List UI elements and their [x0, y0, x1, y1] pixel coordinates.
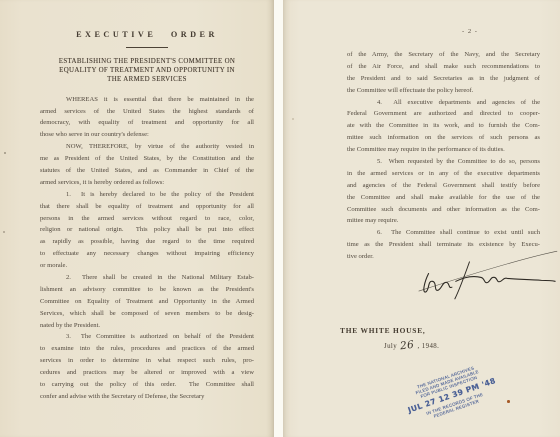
paper-speck [3, 231, 5, 233]
text-line: me as President of the United States, by… [40, 153, 254, 165]
text-line: services in order to determine in what r… [40, 355, 254, 367]
page-number: - 2 - [442, 28, 498, 36]
text-line: 1. It is hereby declared to be the polic… [40, 189, 254, 201]
text-line: ESTABLISHING THE PRESIDENT'S COMMITTEE O… [40, 57, 254, 66]
text-line: NOW, THEREFORE, by virtue of the authori… [40, 141, 254, 153]
text-line: of the Air Force, and shall make such re… [347, 61, 540, 73]
text-line: 3. The Committee is authorized on behalf… [40, 331, 254, 343]
text-line: those who serve in our country's defense… [40, 129, 254, 141]
paragraph: NOW, THEREFORE, by virtue of the authori… [40, 141, 254, 189]
text-line: Committee such documents and other infor… [347, 204, 540, 216]
text-line: THE ARMED SERVICES [40, 75, 254, 84]
paragraph: 1. It is hereby declared to be the polic… [40, 189, 254, 272]
text-line: or morale. [40, 260, 254, 272]
text-line: 6. The Committee shall continue to exist… [347, 227, 540, 239]
text-line: armed services, it is hereby ordered as … [40, 177, 254, 189]
paragraph: of the Army, the Secretary of the Navy, … [347, 49, 540, 97]
text-line: and agencies of the Federal Government s… [347, 180, 540, 192]
text-line: 2. There shall be created in the Nationa… [40, 272, 254, 284]
text-line: 4. All executive departments and agencie… [347, 97, 540, 109]
text-line: WHEREAS it is essential that there be ma… [40, 94, 254, 106]
page-2: - 2 - of the Army, the Secretary of the … [283, 0, 560, 437]
text-line: the Committee and shall make available f… [347, 192, 540, 204]
date-line: July 26 , 1948. [384, 339, 439, 351]
text-line: religion or national origin. This policy… [40, 224, 254, 236]
text-line: cedures and practices may be altered or … [40, 367, 254, 379]
text-line: Services, which shall be composed of sev… [40, 308, 254, 320]
date-year: , 1948. [418, 343, 440, 350]
text-line: 5. When requested by the Committee to do… [347, 156, 540, 168]
paper-speck [292, 118, 294, 120]
text-line: statutes of the United States, and as Co… [40, 165, 254, 177]
text-line: democracy, with equality of treatment an… [40, 117, 254, 129]
document-title: EXECUTIVE ORDER [40, 30, 254, 40]
paper-speck [4, 152, 6, 154]
text-line: lishment an advisory committee to be kno… [40, 284, 254, 296]
page-1: EXECUTIVE ORDER ESTABLISHING THE PRESIDE… [0, 0, 274, 437]
closing-block: THE WHITE HOUSE, July 26 , 1948. [340, 326, 439, 351]
truman-signature [413, 247, 559, 303]
page-1-body-text: WHEREAS it is essential that there be ma… [40, 94, 254, 403]
page-1-content: EXECUTIVE ORDER ESTABLISHING THE PRESIDE… [0, 0, 274, 403]
document-scan: EXECUTIVE ORDER ESTABLISHING THE PRESIDE… [0, 0, 560, 437]
page-2-body-text: of the Army, the Secretary of the Navy, … [347, 49, 540, 263]
text-line: EQUALITY OF TREATMENT AND OPPORTUNITY IN [40, 66, 254, 75]
paper-speck [507, 400, 510, 403]
paragraph: 4. All executive departments and agencie… [347, 97, 540, 156]
text-line: confer and advise with the Secretary of … [40, 391, 254, 403]
text-line: nated by the President. [40, 320, 254, 332]
text-line: that there shall be equality of treatmen… [40, 201, 254, 213]
page-2-content: - 2 - of the Army, the Secretary of the … [283, 0, 560, 263]
paragraph: 3. The Committee is authorized on behalf… [40, 331, 254, 402]
text-line: mittee such information on the services … [347, 132, 540, 144]
text-line: Committee on Equality of Treatment and O… [40, 296, 254, 308]
text-line: in the armed services or in any of the e… [347, 168, 540, 180]
text-line: as rapidly as possible, having due regar… [40, 236, 254, 248]
archives-ink-stamp: THE NATIONAL ARCHIVESFILED AND MADE AVAI… [398, 359, 505, 428]
text-line: to effectuate any necessary changes with… [40, 248, 254, 260]
text-line: the Committee will effectuate the policy… [347, 85, 540, 97]
date-month: July [384, 343, 397, 350]
text-line: the President and to said Secretaries as… [347, 73, 540, 85]
text-line: mittee may require. [347, 215, 540, 227]
text-line: to examine into the rules, procedures an… [40, 343, 254, 355]
text-line: Federal Government are authorized and di… [347, 108, 540, 120]
paragraph: WHEREAS it is essential that there be ma… [40, 94, 254, 142]
text-line: persons in the armed services without re… [40, 213, 254, 225]
text-line: of the Army, the Secretary of the Navy, … [347, 49, 540, 61]
document-caption: ESTABLISHING THE PRESIDENT'S COMMITTEE O… [40, 57, 254, 85]
white-house-line: THE WHITE HOUSE, [340, 326, 439, 335]
text-line: the Committee may require in the perform… [347, 144, 540, 156]
paragraph: 5. When requested by the Committee to do… [347, 156, 540, 227]
text-line: armed services of the United States the … [40, 106, 254, 118]
text-line: ate with the Committee in its work, and … [347, 120, 540, 132]
handwritten-day: 26 [400, 339, 416, 353]
paragraph: 2. There shall be created in the Nationa… [40, 272, 254, 331]
text-line: to carrying out the policy of this order… [40, 379, 254, 391]
title-divider-rule [126, 47, 168, 48]
